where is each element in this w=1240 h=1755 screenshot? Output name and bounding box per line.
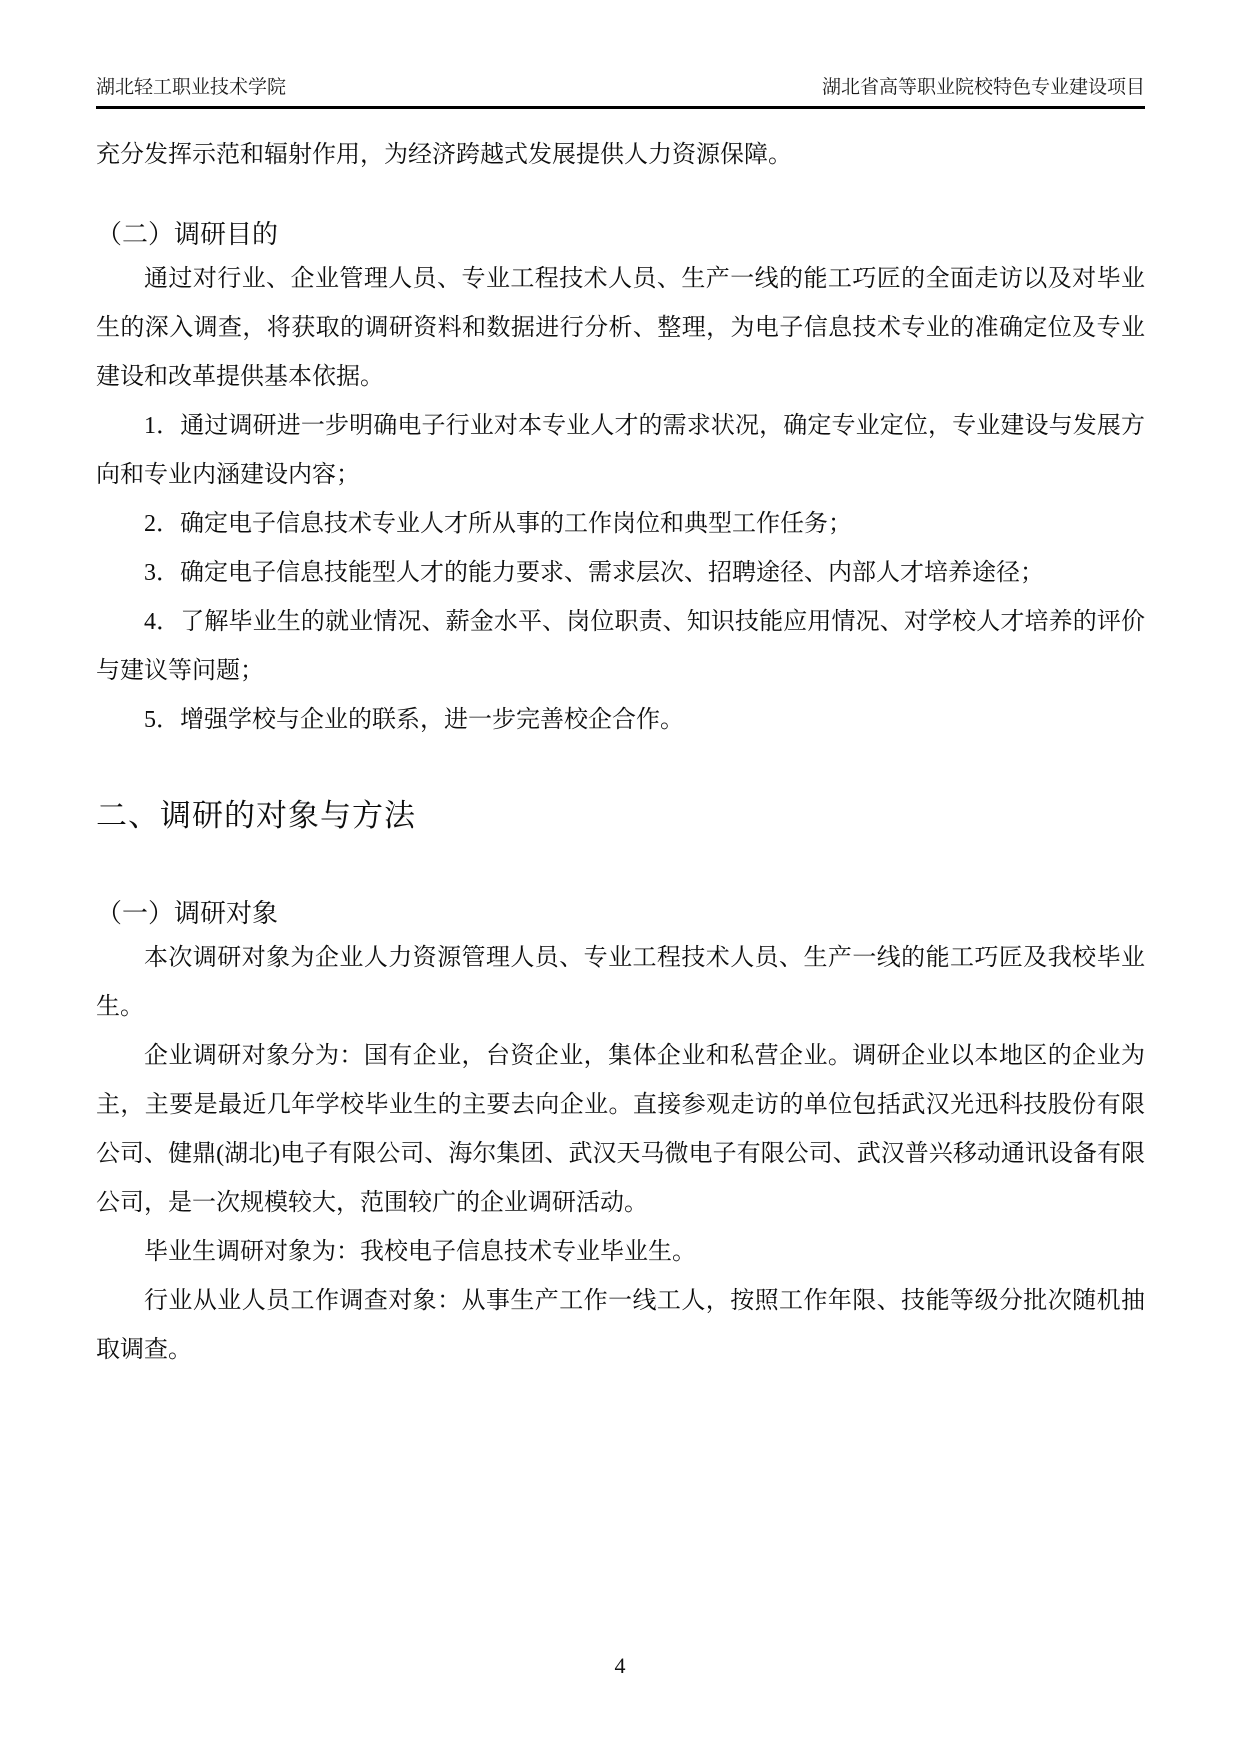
section-heading-methods: 二、调研的对象与方法 <box>96 793 1145 839</box>
purpose-item-1: 1．通过调研进一步明确电子行业对本专业人才的需求状况，确定专业定位，专业建设与发… <box>96 402 1145 500</box>
objects-paragraph-3: 毕业生调研对象为：我校电子信息技术专业毕业生。 <box>96 1228 1145 1277</box>
subsection-heading-purpose: （二）调研目的 <box>96 215 1145 255</box>
page-number: 4 <box>615 1653 626 1678</box>
objects-paragraph-4: 行业从业人员工作调查对象：从事生产工作一线工人，按照工作年限、技能等级分批次随机… <box>96 1277 1145 1375</box>
purpose-item-3: 3．确定电子信息技能型人才的能力要求、需求层次、招聘途径、内部人才培养途径； <box>96 549 1145 598</box>
purpose-item-2: 2．确定电子信息技术专业人才所从事的工作岗位和典型工作任务； <box>96 500 1145 549</box>
page-header: 湖北轻工职业技术学院 湖北省高等职业院校特色专业建设项目 <box>96 76 1145 100</box>
header-divider-rule <box>96 106 1145 109</box>
objects-paragraph-1: 本次调研对象为企业人力资源管理人员、专业工程技术人员、生产一线的能工巧匠及我校毕… <box>96 934 1145 1032</box>
purpose-item-5: 5．增强学校与企业的联系，进一步完善校企合作。 <box>96 696 1145 745</box>
document-page: 湖北轻工职业技术学院 湖北省高等职业院校特色专业建设项目 充分发挥示范和辐射作用… <box>0 0 1240 1755</box>
page-footer: 4 <box>0 1652 1240 1680</box>
purpose-item-4: 4．了解毕业生的就业情况、薪金水平、岗位职责、知识技能应用情况、对学校人才培养的… <box>96 598 1145 696</box>
subsection-heading-objects: （一）调研对象 <box>96 894 1145 934</box>
header-school-name: 湖北轻工职业技术学院 <box>96 76 286 100</box>
continuation-paragraph: 充分发挥示范和辐射作用，为经济跨越式发展提供人力资源保障。 <box>96 131 1145 180</box>
objects-paragraph-2: 企业调研对象分为：国有企业，台资企业，集体企业和私营企业。调研企业以本地区的企业… <box>96 1032 1145 1228</box>
header-project-name: 湖北省高等职业院校特色专业建设项目 <box>822 76 1145 100</box>
document-body: 充分发挥示范和辐射作用，为经济跨越式发展提供人力资源保障。 （二）调研目的 通过… <box>96 131 1145 1375</box>
purpose-intro-paragraph: 通过对行业、企业管理人员、专业工程技术人员、生产一线的能工巧匠的全面走访以及对毕… <box>96 255 1145 402</box>
